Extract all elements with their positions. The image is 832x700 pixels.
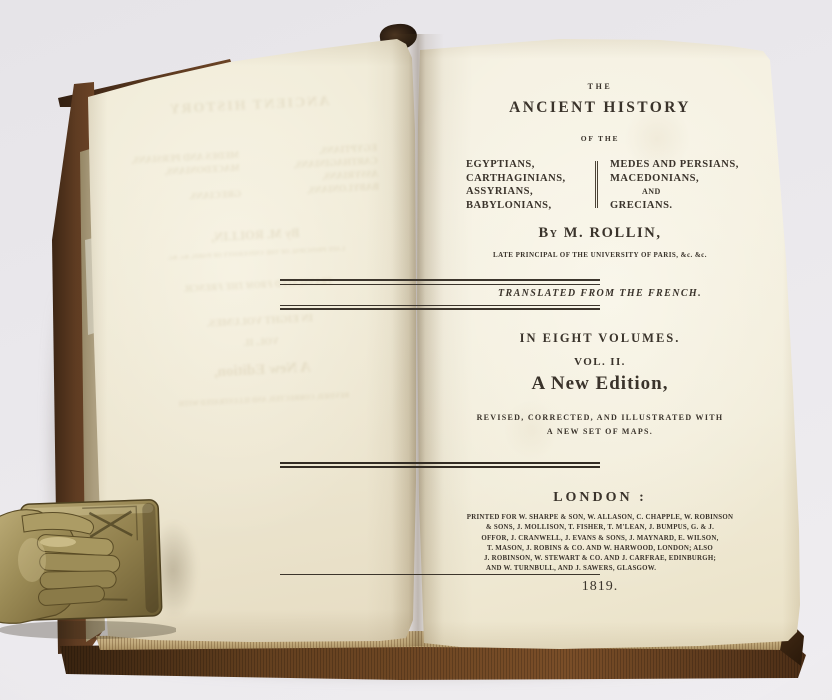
subject-line: ASSYRIANS, <box>466 185 594 199</box>
double-rule <box>280 462 600 468</box>
subjects-left-column: EGYPTIANS, CARTHAGINIANS, ASSYRIANS, BAB… <box>466 158 594 212</box>
translated-line: TRANSLATED FROM THE FRENCH. <box>440 288 760 299</box>
double-rule <box>280 305 600 310</box>
imprint-line: T. MASON, J. ROBINS & CO. AND W. HARWOOD… <box>440 544 760 554</box>
imprint-city: LONDON : <box>440 490 760 506</box>
title-page-text: THE ANCIENT HISTORY OF THE EGYPTIANS, CA… <box>440 30 760 646</box>
hand-contact-shadow <box>0 621 176 639</box>
subject-line: AND <box>610 185 758 199</box>
subjects-right-column: MEDES AND PERSIANS, MACEDONIANS, AND GRE… <box>610 158 758 212</box>
volume-number: VOL. II. <box>440 356 760 368</box>
imprint-rule <box>280 574 600 575</box>
double-rule <box>280 279 600 285</box>
revised-line-1: REVISED, CORRECTED, AND ILLUSTRATED WITH <box>440 413 760 422</box>
book: ANCIENT HISTORY EGYPTIANS, CARTHAGINIANS… <box>0 0 832 700</box>
subject-line: CARTHAGINIANS, <box>466 172 594 186</box>
of-the-line: OF THE <box>440 134 760 143</box>
volumes-line: IN EIGHT VOLUMES. <box>440 331 760 346</box>
edition-line: A New Edition, <box>440 373 760 395</box>
finger <box>39 553 120 573</box>
imprint-line: OFFOR, J. CRANWELL, J. EVANS & SONS, J. … <box>440 534 760 544</box>
subjects-block: EGYPTIANS, CARTHAGINIANS, ASSYRIANS, BAB… <box>440 158 760 216</box>
finger <box>40 571 116 589</box>
imprint-line: J. ROBINSON, W. STEWART & CO. AND J. CAR… <box>440 554 760 564</box>
subject-line: MACEDONIANS, <box>610 172 758 186</box>
subject-line: GRECIANS. <box>610 199 758 213</box>
imprint-publishers: PRINTED FOR W. SHARPE & SON, W. ALLASON,… <box>440 513 760 575</box>
imprint-line: PRINTED FOR W. SHARPE & SON, W. ALLASON,… <box>440 513 760 523</box>
imprint-line: & SONS, J. MOLLISON, T. FISHER, T. M'LEA… <box>440 523 760 533</box>
revised-line-2: A NEW SET OF MAPS. <box>440 427 760 436</box>
half-title-the: THE <box>440 82 760 91</box>
subject-line: EGYPTIANS, <box>466 158 594 172</box>
brass-hand-clip <box>0 490 176 642</box>
photo-stage: ANCIENT HISTORY EGYPTIANS, CARTHAGINIANS… <box>0 0 832 700</box>
author-line: By M. ROLLIN, <box>440 225 760 242</box>
subjects-divider-rule <box>595 161 598 208</box>
main-title: ANCIENT HISTORY <box>440 99 760 117</box>
subject-line: MEDES AND PERSIANS, <box>610 158 758 172</box>
subject-line: BABYLONIANS, <box>466 199 594 213</box>
imprint-year: 1819. <box>440 579 760 595</box>
author-credentials: LATE PRINCIPAL OF THE UNIVERSITY OF PARI… <box>440 251 760 259</box>
